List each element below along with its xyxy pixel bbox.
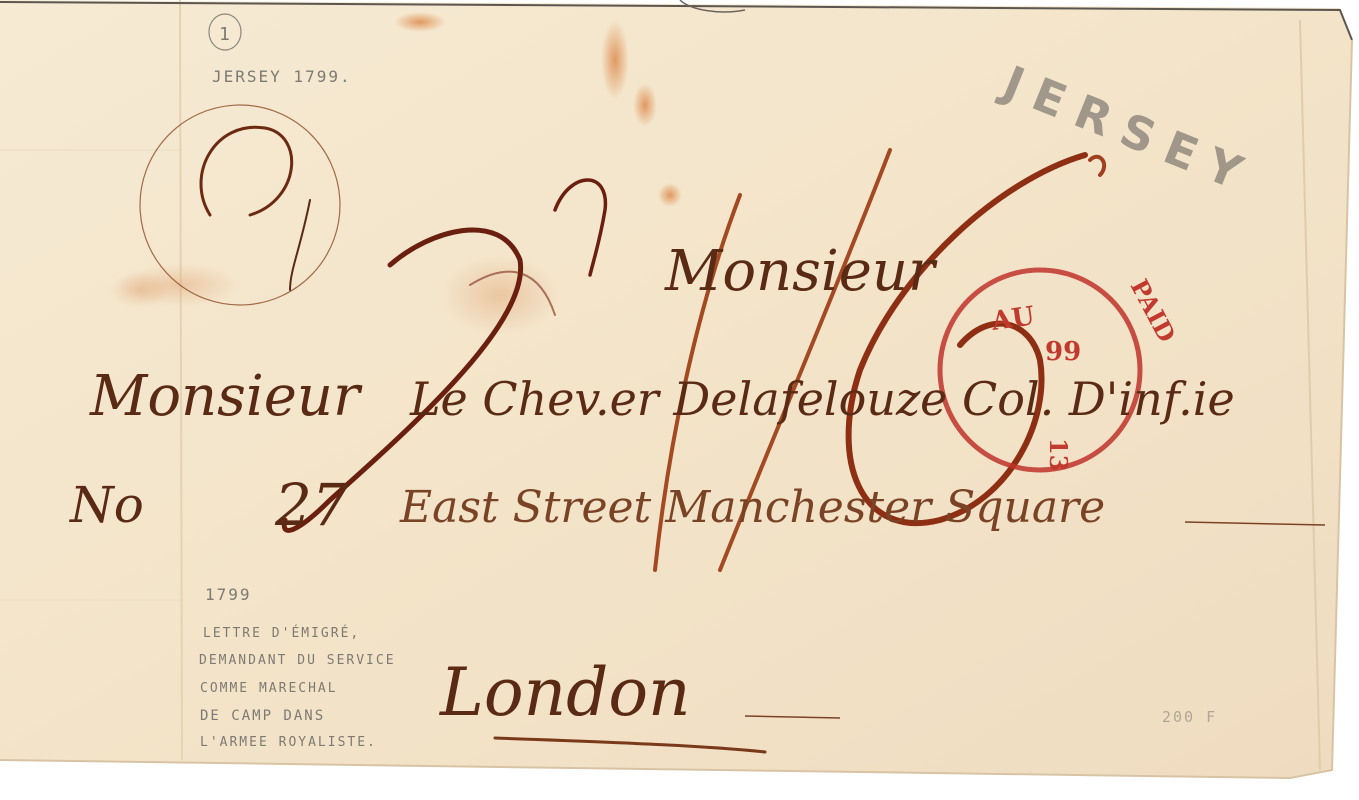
address-salutation: Monsieur: [89, 364, 363, 429]
pencil-line-4: DE CAMP DANS: [200, 708, 325, 724]
datestamp-day: 13: [1044, 438, 1073, 471]
pencil-year: 1799: [205, 585, 252, 604]
pencil-price: 200 F: [1162, 708, 1217, 726]
address-city: London: [439, 654, 691, 731]
letter-entire: 1 JERSEY 1799. 1799 LETTRE D'ÉMIGRÉ, DEM…: [0, 0, 1359, 800]
address-line-1: Monsieur: [664, 239, 938, 304]
pencil-line-1: LETTRE D'ÉMIGRÉ,: [203, 625, 360, 641]
address-street: East Street Manchester Square: [399, 482, 1105, 533]
pencil-line-5: L'ARMEE ROYALISTE.: [200, 735, 377, 750]
address-number-prefix: No: [69, 476, 144, 534]
pencil-circle-number: 1: [219, 24, 232, 45]
pencil-line-2: DEMANDANT DU SERVICE: [199, 653, 396, 668]
datestamp-year: 99: [1045, 337, 1081, 367]
address-house-number: 27: [274, 471, 349, 539]
address-name: Le Chev.er Delafelouze Col. D'inf.ie: [409, 372, 1235, 426]
datestamp-month: AU: [989, 301, 1037, 337]
pencil-jersey-label: JERSEY 1799.: [212, 67, 352, 86]
pencil-line-3: COMME MARECHAL: [200, 681, 338, 696]
